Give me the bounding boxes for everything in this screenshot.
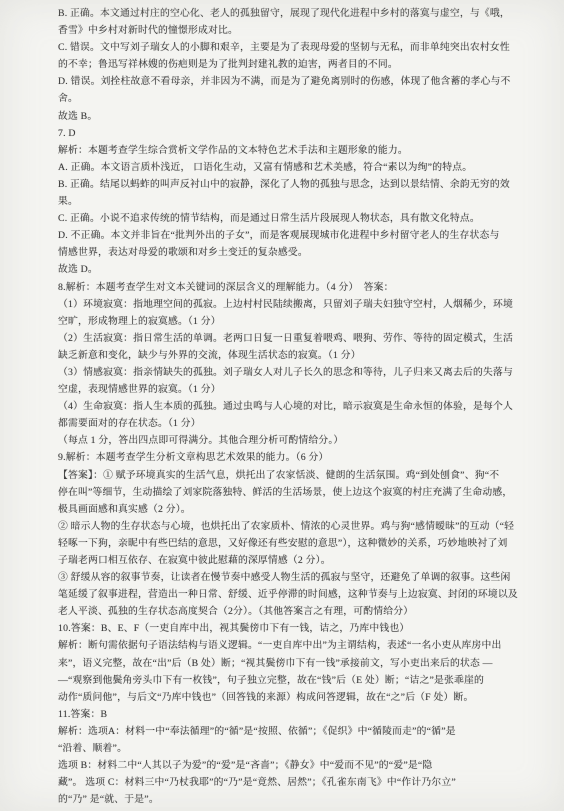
- text-line: 选项 B：材料二中“人其以子为爱”的“爱”是“吝啬”；《静女》中“爱而不见”的“…: [58, 757, 518, 774]
- text-line: D. 不正确。本文并非旨在“批判外出的子女”，而是客观展现城市化进程中乡村留守老…: [58, 227, 518, 244]
- text-line: 8.解析：本题考查学生对文本关键词的深层含义的理解能力。（4 分） 答案：: [58, 279, 518, 296]
- document-text: B. 正确。本文通过村庄的空心化、老人的孤独留守，展现了现代化进程中乡村的落寞与…: [0, 0, 564, 808]
- text-line: ② 暗示人物的生存状态与心境，也烘托出了农家质朴、情浓的心灵世界。鸡与狗“感情暧…: [58, 518, 518, 535]
- text-line: （每点 1 分，答出四点即可得满分。其他合理分析可酌情给分。）: [58, 432, 518, 449]
- text-line: （1）环境寂寞：指地理空间的孤寂。上边村村民陆续搬离，只留刘子瑞夫妇独守空村，人…: [58, 296, 518, 313]
- text-line: 香雪》中乡村对新时代的憧憬形成对比。: [58, 22, 518, 39]
- text-line: 轻啄一下狗，亲昵中有些巴结的意思，又好像还有些安慰的意思”），这种微妙的关系，巧…: [58, 535, 518, 552]
- text-line: 11.答案：B: [58, 706, 518, 723]
- text-line: 子瑞老两口相互依存、在寂寞中彼此慰藉的深厚情感（2 分）。: [58, 552, 518, 569]
- text-line: 藏”。 选项 C：材料三中“乃杖我耶”的“乃”是“竟然、居然”；《孔雀东南飞》中…: [58, 774, 518, 791]
- text-line: 【答案】：① 赋予环境真实的生活气息，烘托出了农家恬淡、健朗的生活氛围。鸡“到处…: [58, 467, 518, 484]
- text-line: D. 错误。刘拴柱故意不看母亲，并非因为不满，而是为了避免离别时的伤感，体现了他…: [58, 73, 518, 90]
- text-line: 故选 B。: [58, 108, 518, 125]
- text-line: 老人平淡、孤独的生存状态高度契合（2分）。（其他答案言之有理，可酌情给分）: [58, 603, 518, 620]
- text-line: 空旷，形成物理上的寂寞感。（1 分）: [58, 313, 518, 330]
- text-line: C. 错误。文中写刘子瑞女人的小脚和艰辛，主要是为了表现母爱的坚韧与无私，而非单…: [58, 39, 518, 56]
- text-line: 的不幸；鲁迅写祥林嫂的伤疤则是为了批判封建礼教的迫害，两者目的不同。: [58, 56, 518, 73]
- text-line: 停在叫”等细节，生动描绘了刘家院落独特、鲜活的生活场景，使上边这个寂寞的村庄充满…: [58, 484, 518, 501]
- text-line: 9.解析：本题考查学生分析文章构思艺术效果的能力。（6 分）: [58, 449, 518, 466]
- text-line: （2）生活寂寞：指日常生活的单调。老两口日复一日重复着喂鸡、喂狗、劳作、等待的固…: [58, 330, 518, 347]
- text-line: B. 正确。结尾以蚂蚱的叫声反衬山中的寂静，深化了人物的孤独与思念，达到以景结情…: [58, 176, 518, 193]
- text-line: （3）情感寂寞：指亲情缺失的孤独。刘子瑞女人对儿子长久的思念和等待，儿子归来又离…: [58, 364, 518, 381]
- text-line: 情感世界，表达对母爱的歌颂和对乡土变迁的复杂感受。: [58, 244, 518, 261]
- text-line: 解析：断句需依据句子语法结构与语义逻辑。“一吏自库中出”为主谓结构，表述“一名小…: [58, 637, 518, 654]
- text-line: 都需要面对的存在状态。（1 分）: [58, 415, 518, 432]
- text-line: 10.答案：B、E、F（一吏自库中出，视其鬓傍巾下有一钱，诘之，乃库中钱也）: [58, 620, 518, 637]
- text-line: C. 正确。小说不追求传统的情节结构，而是通过日常生活片段展现人物状态，具有散文…: [58, 210, 518, 227]
- text-line: 极具画面感和真实感（2 分）。: [58, 501, 518, 518]
- text-line: ③ 舒缓从容的叙事节奏，让读者在慢节奏中感受人物生活的孤寂与坚守，还避免了单调的…: [58, 569, 518, 586]
- text-line: 舍。: [58, 90, 518, 107]
- text-line: B. 正确。本文通过村庄的空心化、老人的孤独留守，展现了现代化进程中乡村的落寞与…: [58, 5, 518, 22]
- text-line: “沿着、顺着”。: [58, 740, 518, 757]
- text-line: 果。: [58, 193, 518, 210]
- text-line: 的“乃” 是“就、于是”。: [58, 791, 518, 808]
- document-page: B. 正确。本文通过村庄的空心化、老人的孤独留守，展现了现代化进程中乡村的落寞与…: [0, 0, 564, 811]
- text-line: 笔延缓了叙事进程，营造出一种日常、舒缓、近乎停滞的时间感，这种节奏与上边寂寞、封…: [58, 586, 518, 603]
- text-line: 解析：选项A：材料一中“奉法循理”的“循”是“按照、依循”；《促织》中“循陵而走…: [58, 723, 518, 740]
- text-line: 解析：本题考查学生综合赏析文学作品的文本特色艺术手法和主题形象的能力。: [58, 142, 518, 159]
- text-line: （4）生命寂寞：指人生本质的孤独。通过虫鸣与人心境的对比，暗示寂寞是生命永恒的体…: [58, 398, 518, 415]
- text-line: 空虚，表现情感世界的寂寞。（1 分）: [58, 381, 518, 398]
- text-line: 缺乏新意和变化，缺少与外界的交流，体现生活状态的寂寞。（1 分）: [58, 347, 518, 364]
- text-line: 7. D: [58, 125, 518, 142]
- text-line: —“观察到他鬓角旁头巾下有一枚钱”，句子独立完整，故在“钱”后（E 处）断；“诘…: [58, 672, 518, 689]
- text-line: 动作“质问他”，与后文“乃库中钱也”（回答钱的来源）构成问答逻辑，故在“之”后（…: [58, 689, 518, 706]
- text-line: 故选 D。: [58, 261, 518, 278]
- text-line: 来”，语义完整，故在“出”后（B 处）断；“视其鬓傍巾下有一钱”承接前文，写小吏…: [58, 655, 518, 672]
- text-line: A. 正确。本文语言质朴浅近， 口语化生动，又富有情感和艺术美感，符合“素以为绚…: [58, 159, 518, 176]
